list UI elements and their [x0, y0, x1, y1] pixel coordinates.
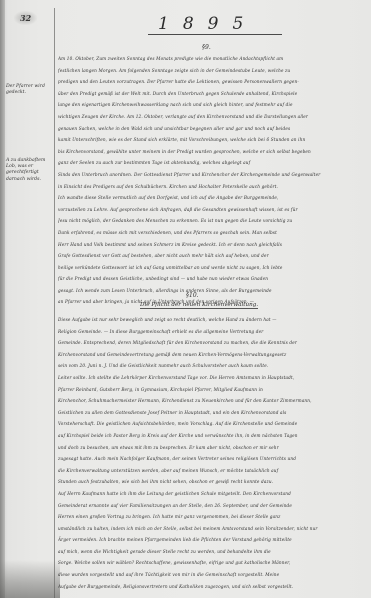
text-line: die Kirchenverwaltung unterstützen werde… — [58, 465, 360, 477]
text-line: in Einsicht des Predigers auf den Schulb… — [58, 181, 360, 193]
text-line: Gemeinderat ernannte auf vier Familiensi… — [58, 500, 360, 512]
scan-shadow — [0, 560, 60, 598]
text-line: Religion Gemeinde. — In diese Burggemein… — [58, 326, 360, 338]
text-line: heilige verkündete Gotteswort ist ich au… — [58, 262, 360, 274]
text-line: gesagt. Ich wende zum Lesen Unterbruch, … — [58, 285, 360, 297]
text-line: bis Kirchenvorstand, gewählte unter mein… — [58, 146, 360, 158]
text-line: Gemeinde. Entsprechend, deren Mitgliedsc… — [58, 337, 360, 349]
text-line: Herren einen großen Vortrag zu bringen. … — [58, 511, 360, 523]
text-line: Kirchenchor, Schuhmachermeister Hermann,… — [58, 395, 360, 407]
text-line: Dank erfahrend, es müsse sich mit versch… — [58, 227, 360, 239]
text-line: kamit Unterschriften, wie es der Stand s… — [58, 134, 360, 146]
text-line: Aufgabe der Burggemeinde, Religionsvertr… — [58, 581, 360, 593]
text-line: Sorge. Welche sollen wir wählen? Rechtsc… — [58, 557, 360, 569]
page-number: 32 — [14, 11, 37, 25]
text-line: über den Predigt gemäß ist der Welt mit.… — [58, 88, 360, 100]
text-line: Grafe Gottesdienst vor Gott auf bestehen… — [58, 250, 360, 262]
margin-rule-line — [54, 8, 55, 598]
year-heading: 1895 — [148, 14, 282, 35]
text-line: auf Kirchspiel beide ich Pastor Berg in … — [58, 430, 360, 442]
text-line: Sinds den Unterbruch anordnen. Der Gotte… — [58, 169, 360, 181]
text-line: genauen Sachen, welche in den Wald sich … — [58, 123, 360, 135]
text-line: predigen und den Leuten vorzutragen. Der… — [58, 76, 360, 88]
section-10-body: Diese Aufgabe ist nur sehr beweglich und… — [58, 314, 360, 592]
text-line: sein vom 20. Juni n. J. Und die Geistlic… — [58, 360, 360, 372]
manuscript-page: 32 1895 Der Pfarrer wird gedeckt. A zu d… — [0, 0, 371, 598]
text-line: umständlich zu halten, indem ich mich an… — [58, 523, 360, 535]
page-binding-edge — [0, 0, 5, 598]
text-line: Stunden auch festzuhalten, wie sich bei … — [58, 476, 360, 488]
margin-note-1: Der Pfarrer wird gedeckt. — [6, 84, 52, 96]
section-number-9: §9. — [202, 44, 211, 51]
section-9-body: Am 10. Oktober, Zum zweiten Sonntag des … — [58, 53, 360, 308]
section-number-10: §10. — [186, 292, 199, 299]
text-line: ganz der Seelen zu auch zur bestimmten T… — [58, 157, 360, 169]
text-line: Auf Herrn Kaufmann hatte ich ihm die Lei… — [58, 488, 360, 500]
text-line: Diese Aufgabe ist nur sehr beweglich und… — [58, 314, 360, 326]
text-line: Leiter sollte. Ich stellte die Lehrkörpe… — [58, 372, 360, 384]
text-line: diese wurden vorgestellt und auf ihre Tü… — [58, 569, 360, 581]
text-line: wichtigen Zeugen der Kirche. Am 12. Okto… — [58, 111, 360, 123]
text-line: Pfarrer Reinhard, Gutsherr Berg, in Gymn… — [58, 384, 360, 396]
text-line: vorzustellen zu Lehre. Auf gesprochene s… — [58, 204, 360, 216]
text-line: Am 10. Oktober, Zum zweiten Sonntag des … — [58, 53, 360, 65]
text-line: zugesagt hatte. Auch mein Nachfolger Kau… — [58, 453, 360, 465]
text-line: auf mich, wenn die Wichtigkeit gerade di… — [58, 546, 360, 558]
margin-note-2: A zu dankbaftem Lob, was er gerechtferti… — [6, 158, 52, 183]
text-line: Ich wandte diese Stelle vermutlich auf d… — [58, 192, 360, 204]
text-line: Herr Hand und Volk bestimmt und seinen S… — [58, 239, 360, 251]
text-line: Vorsteherschaft. Die geistlichen Aufsich… — [58, 418, 360, 430]
text-line: und doch zu besuchen, um etwas mit ihm z… — [58, 442, 360, 454]
text-line: für die Predigt und dessen Geistliche, u… — [58, 273, 360, 285]
text-line: Geistlichen zu allen dem Gottesdienste J… — [58, 407, 360, 419]
text-line: Kirchenvorstand und Gemeindevertretung g… — [58, 349, 360, 361]
text-line: Jesu nicht möglich, der Gedanken des Men… — [58, 215, 360, 227]
text-line: lange den eigenartigen Kirchenweihwasser… — [58, 99, 360, 111]
text-line: festlichen langen Morgen. Am folgenden S… — [58, 65, 360, 77]
text-line: Ärger vermeiden. Ich brachte meinen Pfar… — [58, 534, 360, 546]
section-10-title: Die Pflicht der neuen Kirchenverwaltung. — [140, 302, 258, 309]
